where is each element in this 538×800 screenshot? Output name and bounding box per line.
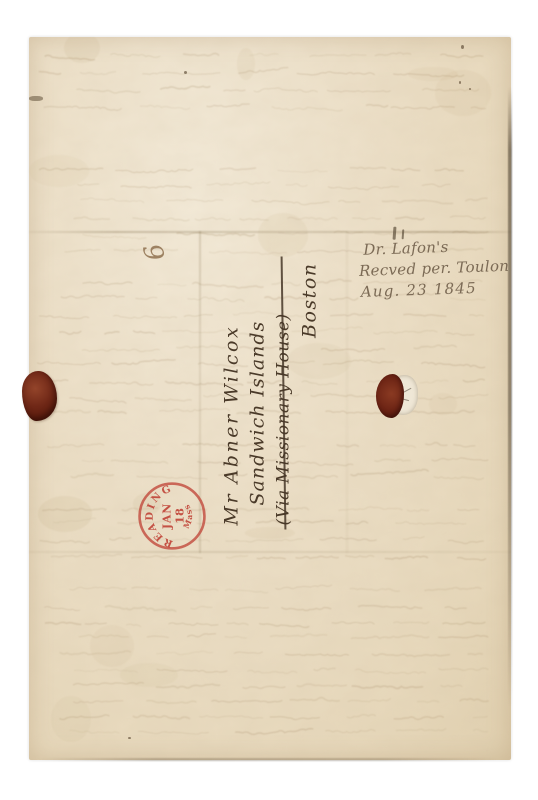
wax-seal-right bbox=[376, 373, 418, 418]
ink-speck bbox=[459, 81, 461, 84]
address-block: Mr Abner Wilcox Sandwich Islands (Via Mi… bbox=[219, 261, 325, 526]
fold-crease-vertical-right bbox=[346, 231, 348, 553]
wax-crescent bbox=[376, 374, 404, 418]
ink-speck bbox=[461, 45, 464, 49]
ink-speck bbox=[184, 71, 187, 74]
ink-speck bbox=[469, 88, 471, 90]
address-line-city: Boston bbox=[297, 261, 323, 526]
ink-speck bbox=[128, 737, 131, 739]
address-line-via-struck: (Via Missionary House) bbox=[271, 261, 297, 526]
address-line-place: Sandwich Islands bbox=[245, 261, 271, 526]
received-note: Dr. Lafon's Recved per. Toulon Aug. 23 1… bbox=[358, 234, 530, 303]
scanned-letter-page: Dr. Lafon's Recved per. Toulon Aug. 23 1… bbox=[0, 0, 538, 800]
wax-seal-left bbox=[22, 371, 57, 421]
postmark-day: 18 bbox=[172, 508, 186, 524]
paper-edge-shadow-right bbox=[508, 87, 512, 707]
postmark-month: JAN bbox=[160, 503, 173, 530]
ink-smudge bbox=[29, 96, 43, 101]
fold-crease-horizontal-bottom bbox=[29, 551, 511, 553]
received-note-line: Aug. 23 1845 bbox=[359, 276, 530, 303]
postmark-stamp: READING Mass JAN 18 bbox=[137, 481, 207, 551]
letter-paper: Dr. Lafon's Recved per. Toulon Aug. 23 1… bbox=[29, 37, 511, 760]
address-line-name: Mr Abner Wilcox bbox=[219, 261, 245, 526]
fold-crease-horizontal-top bbox=[29, 231, 511, 233]
postal-rate-mark: 6 bbox=[139, 240, 172, 264]
paper-edge-shadow-bottom bbox=[41, 758, 497, 761]
